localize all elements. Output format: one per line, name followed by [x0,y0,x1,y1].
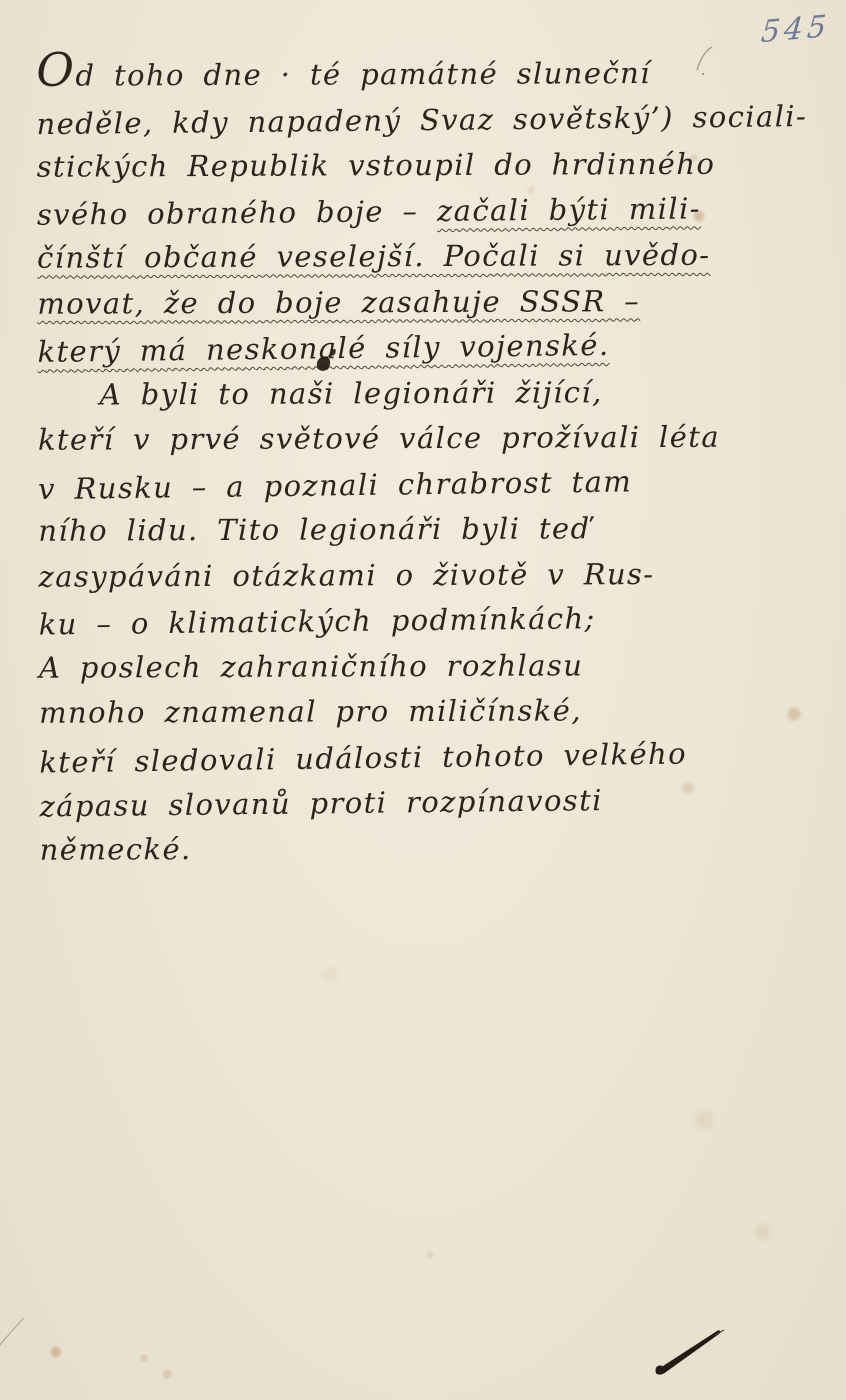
underlined-handwriting: movat, že do boje zasahuje SSSR – [37,284,640,321]
handwriting-text: mnoho znamenal pro miličínské, [39,693,582,729]
ink-stroke-mark [648,1328,726,1378]
handwritten-line: který má neskonalé síly vojenské. [37,320,829,375]
handwritten-line: německé. [40,824,832,873]
handwriting-text: německé. [40,832,192,867]
handwriting-text: ku – o klimatických podmínkách; [39,601,596,641]
handwritten-line: zápasu slovanů proti rozpínavosti [39,776,831,830]
handwriting-text: stických Republik vstoupil do hrdinného [37,147,716,184]
handwriting-text: svého obraného boje – [37,193,437,231]
handwriting-text: kteří v prvé světové válce prožívali lét… [38,420,720,457]
handwritten-line: A poslech zahraničního rozhlasu [39,642,831,691]
underlined-handwriting: začali býti mili- [437,191,701,228]
handwritten-line: zasypáváni otázkami o životě v Rus- [38,551,830,600]
handwriting-text: kteří sledovali události tohoto velkého [39,736,687,779]
handwriting-text: A poslech zahraničního rozhlasu [39,648,583,684]
handwritten-line: čínští občané veselejší. Počali si uvědo… [37,232,829,281]
handwritten-line: A byli to naši legionáři žijící, [38,369,830,418]
handwritten-line: neděle, kdy napadený Svaz sovětský’) soc… [36,93,828,147]
handwriting-text: neděle, kdy napadený Svaz sovětský’) soc… [36,99,807,141]
handwritten-line: v Rusku – a poznali chrabrost tam [38,456,831,512]
handwritten-line: ního lidu. Tito legionáři byli teď [38,505,830,554]
handwritten-line: Od toho dne · té památné sluneční [36,50,828,99]
edge-scratch [0,1316,28,1352]
handwritten-line: svého obraného boje – začali býti mili- [37,185,829,238]
handwriting-text: Od toho dne · té památné sluneční [36,56,651,93]
handwriting-text: zasypáváni otázkami o životě v Rus- [38,557,654,594]
underlined-handwriting: čínští občané veselejší. Počali si uvědo… [37,238,711,275]
handwriting-text: A byli to naši legionáři žijící, [100,375,603,411]
handwriting-text: v Rusku – a poznali chrabrost tam [38,464,632,506]
handwriting-text: zápasu slovanů proti rozpínavosti [39,783,603,823]
handwritten-line: kteří v prvé světové válce prožívali lét… [38,414,830,463]
handwriting-text: ního lidu. Tito legionáři byli teď [38,511,590,547]
handwritten-line: stických Republik vstoupil do hrdinného [37,141,829,190]
handwritten-line: mnoho znamenal pro miličínské, [39,687,831,736]
manuscript-text: Od toho dne · té památné slunečníneděle,… [36,50,832,872]
manuscript-page: 545 Od toho dne · té památné slunečníned… [0,0,846,1400]
handwritten-line: ku – o klimatických podmínkách; [38,594,830,648]
page-number: 545 [759,9,831,50]
handwritten-line: movat, že do boje zasahuje SSSR – [37,278,829,327]
